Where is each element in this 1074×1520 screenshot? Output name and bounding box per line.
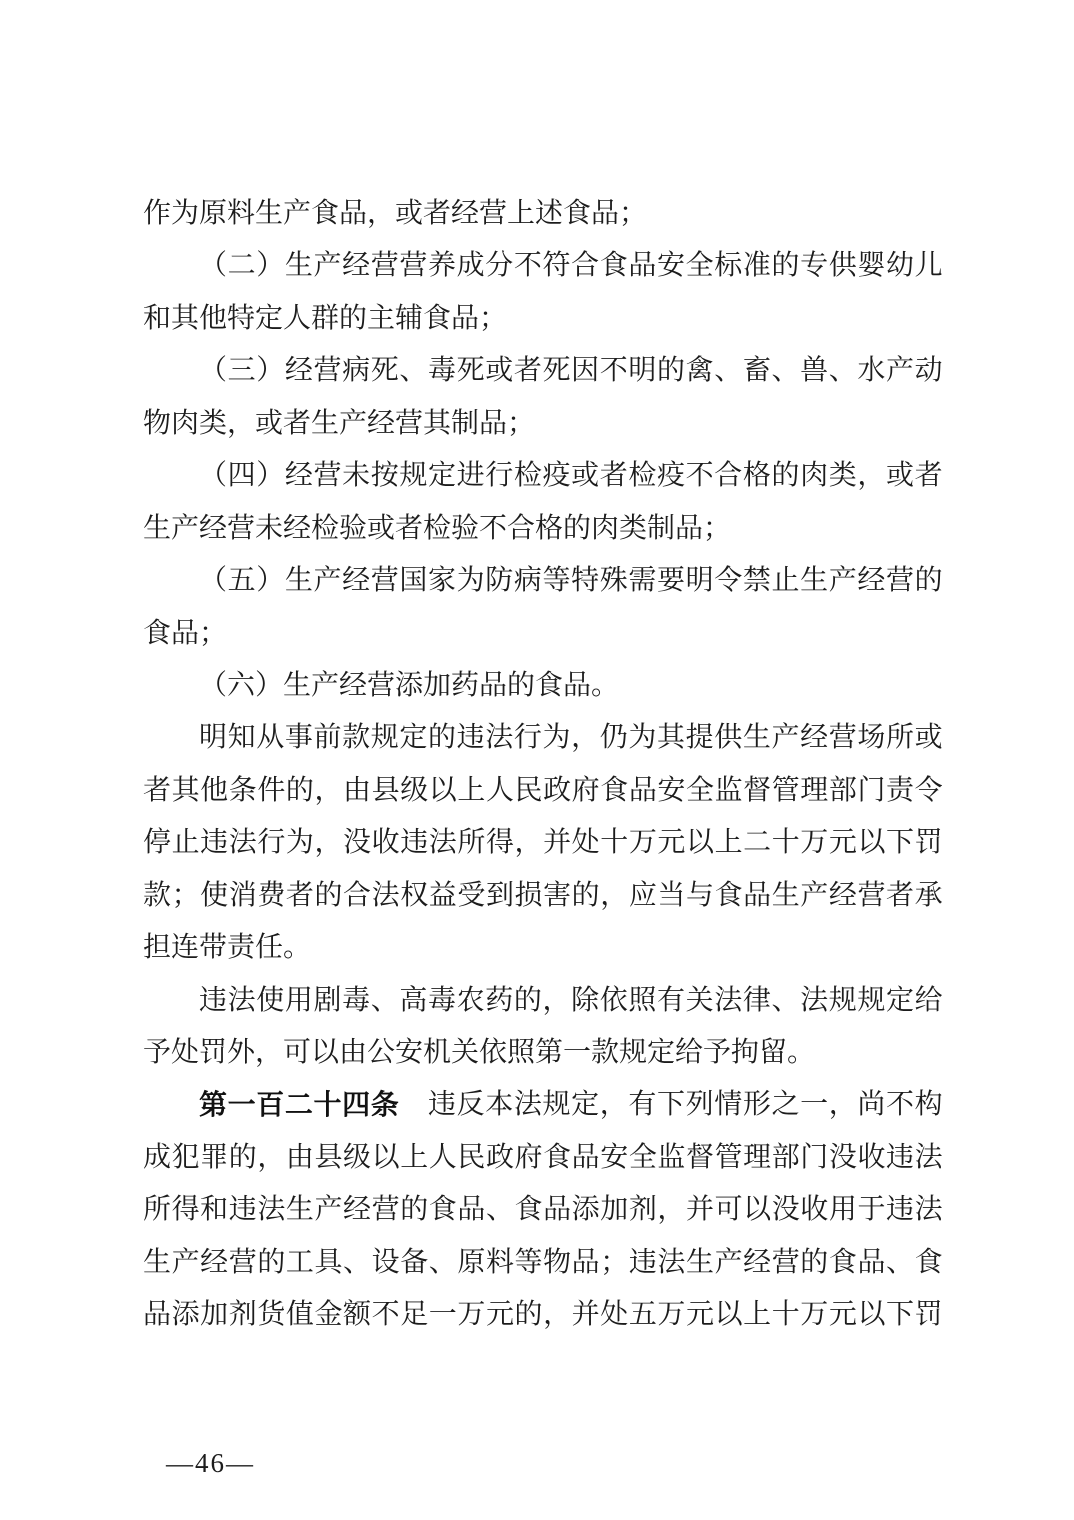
text-line: 担连带责任。: [143, 922, 943, 974]
text-line: 成犯罪的，由县级以上人民政府食品安全监督管理部门没收违法: [143, 1132, 943, 1184]
document-page: 作为原料生产食品，或者经营上述食品；（二）生产经营营养成分不符合食品安全标准的专…: [0, 0, 1074, 1520]
text-line: 第一百二十四条 违反本法规定，有下列情形之一，尚不构: [143, 1079, 943, 1131]
text-line: （五）生产经营国家为防病等特殊需要明令禁止生产经营的: [143, 555, 943, 607]
page-number: —46—: [166, 1443, 255, 1483]
text-line: 明知从事前款规定的违法行为，仍为其提供生产经营场所或: [143, 712, 943, 764]
text-line: 款；使消费者的合法权益受到损害的，应当与食品生产经营者承: [143, 870, 943, 922]
text-line: 作为原料生产食品，或者经营上述食品；: [143, 188, 943, 240]
text-line: 食品；: [143, 608, 943, 660]
text-line: （六）生产经营添加药品的食品。: [143, 660, 943, 712]
text-line: 停止违法行为，没收违法所得，并处十万元以上二十万元以下罚: [143, 817, 943, 869]
text-line: （三）经营病死、毒死或者死因不明的禽、畜、兽、水产动: [143, 345, 943, 397]
text-line: 品添加剂货值金额不足一万元的，并处五万元以上十万元以下罚: [143, 1289, 943, 1341]
text-line: 所得和违法生产经营的食品、食品添加剂，并可以没收用于违法: [143, 1184, 943, 1236]
text-line: 者其他条件的，由县级以上人民政府食品安全监督管理部门责令: [143, 765, 943, 817]
text-line: 予处罚外，可以由公安机关依照第一款规定给予拘留。: [143, 1027, 943, 1079]
text-line: 生产经营的工具、设备、原料等物品；违法生产经营的食品、食: [143, 1237, 943, 1289]
text-line: 违法使用剧毒、高毒农药的，除依照有关法律、法规规定给: [143, 975, 943, 1027]
text-line: 物肉类，或者生产经营其制品；: [143, 398, 943, 450]
text-lines: 作为原料生产食品，或者经营上述食品；（二）生产经营营养成分不符合食品安全标准的专…: [143, 188, 943, 1342]
text-line: 生产经营未经检验或者检验不合格的肉类制品；: [143, 503, 943, 555]
text-line: 和其他特定人群的主辅食品；: [143, 293, 943, 345]
text-line: （二）生产经营营养成分不符合食品安全标准的专供婴幼儿: [143, 240, 943, 292]
text-line: （四）经营未按规定进行检疫或者检疫不合格的肉类，或者: [143, 450, 943, 502]
